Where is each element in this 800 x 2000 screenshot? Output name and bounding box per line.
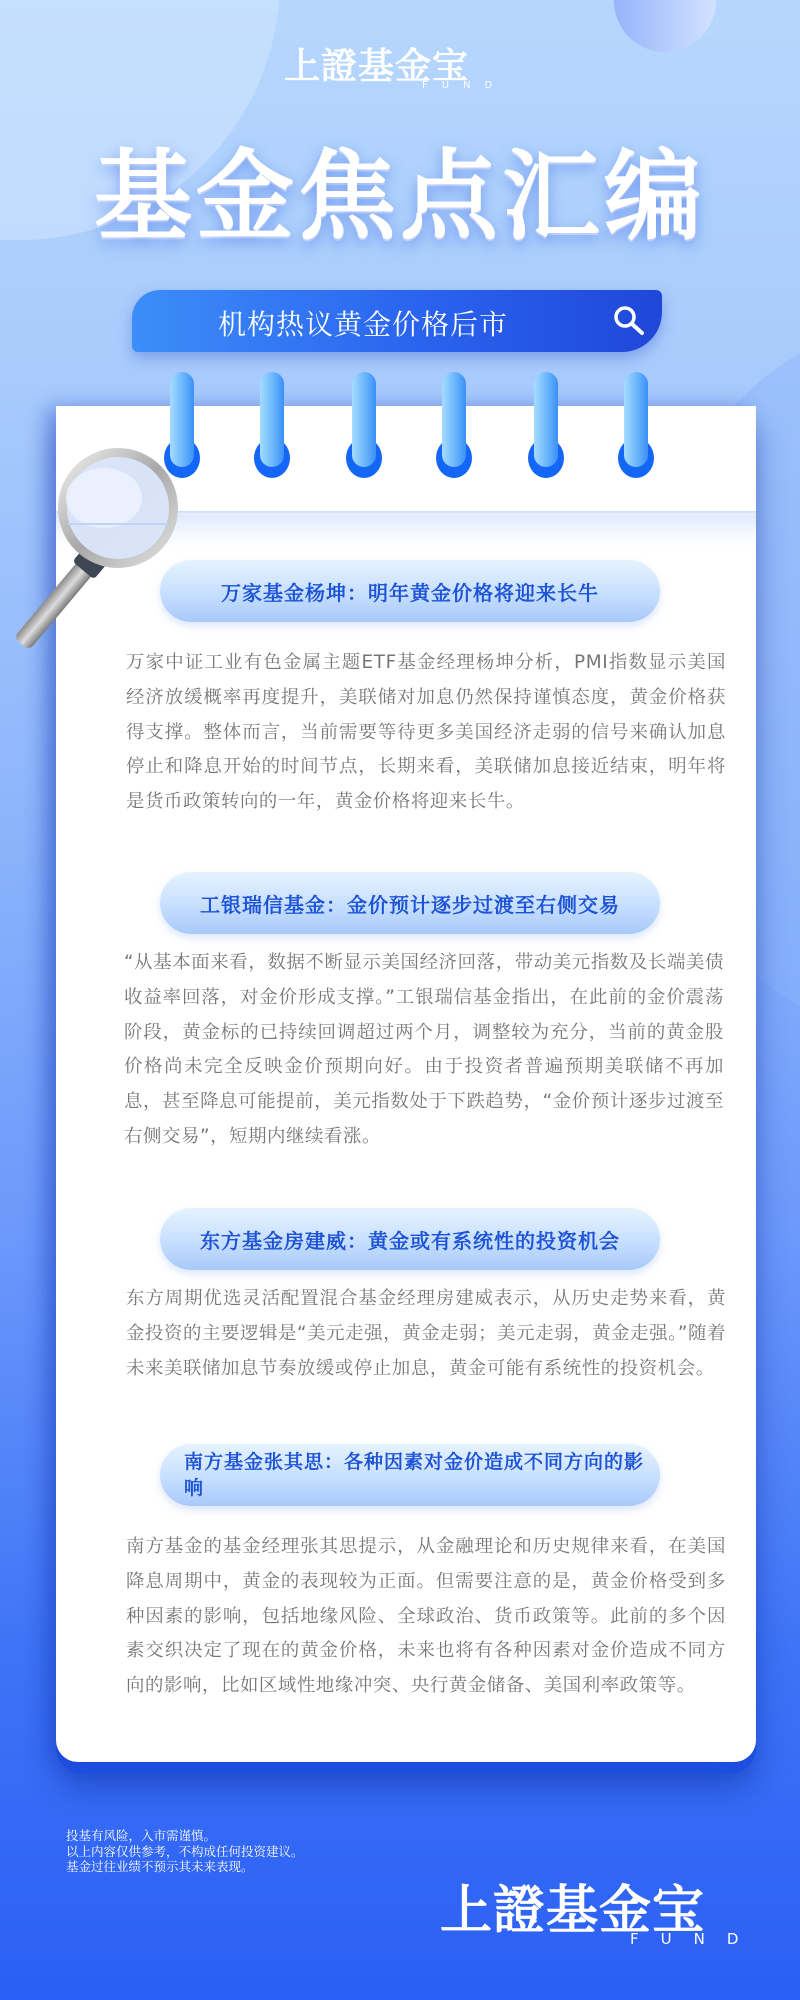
section-heading-wanjia: 万家基金杨坤：明年黄金价格将迎来长牛: [160, 560, 660, 622]
binder-ring: [346, 372, 382, 482]
brand-logo-top: 上證基金宝 FUND: [284, 38, 524, 98]
binder-rings: [164, 372, 644, 482]
page-title: 基金焦点汇编: [0, 118, 800, 259]
section-heading-icbc-credit-suisse: 工银瑞信基金：金价预计逐步过渡至右侧交易: [160, 872, 660, 934]
section-body-icbc-credit-suisse: “从基本面来看，数据不断显示美国经济回落，带动美元指数及长端美债收益率回落，对金…: [124, 946, 724, 1155]
binder-ring: [618, 372, 654, 482]
search-icon[interactable]: [612, 304, 646, 338]
disclaimer-line: 以上内容仅供参考，不构成任何投资建议。: [66, 1844, 304, 1860]
magnifier-icon: [0, 428, 190, 648]
decorative-circle: [614, 0, 716, 52]
topic-search-bar[interactable]: 机构热议黄金价格后市: [132, 290, 662, 352]
binder-ring: [528, 372, 564, 482]
disclaimer-line: 基金过往业绩不预示其未来表现。: [66, 1859, 304, 1875]
section-heading-southern: 南方基金张其思：各种因素对金价造成不同方向的影响: [160, 1444, 660, 1506]
section-body-orient: 东方周期优选灵活配置混合基金经理房建威表示，从历史走势来看，黄金投资的主要逻辑是…: [126, 1282, 726, 1386]
brand-name-en: FUND: [422, 80, 506, 91]
section-body-southern: 南方基金的基金经理张其思提示，从金融理论和历史规律来看，在美国降息周期中，黄金的…: [126, 1530, 726, 1704]
risk-disclaimer: 投基有风险，入市需谨慎。 以上内容仅供参考，不构成任何投资建议。 基金过往业绩不…: [66, 1828, 304, 1875]
binder-ring: [436, 372, 472, 482]
search-topic-label: 机构热议黄金价格后市: [218, 303, 508, 343]
section-heading-orient: 东方基金房建威：黄金或有系统性的投资机会: [160, 1208, 660, 1270]
disclaimer-line: 投基有风险，入市需谨慎。: [66, 1828, 304, 1844]
brand-name-en: FUND: [630, 1930, 760, 1948]
section-body-wanjia: 万家中证工业有色金属主题ETF基金经理杨坤分析，PMI指数显示美国经济放缓概率再…: [126, 646, 726, 820]
binder-ring: [254, 372, 290, 482]
brand-logo-bottom: 上證基金宝 FUND: [440, 1868, 770, 1948]
